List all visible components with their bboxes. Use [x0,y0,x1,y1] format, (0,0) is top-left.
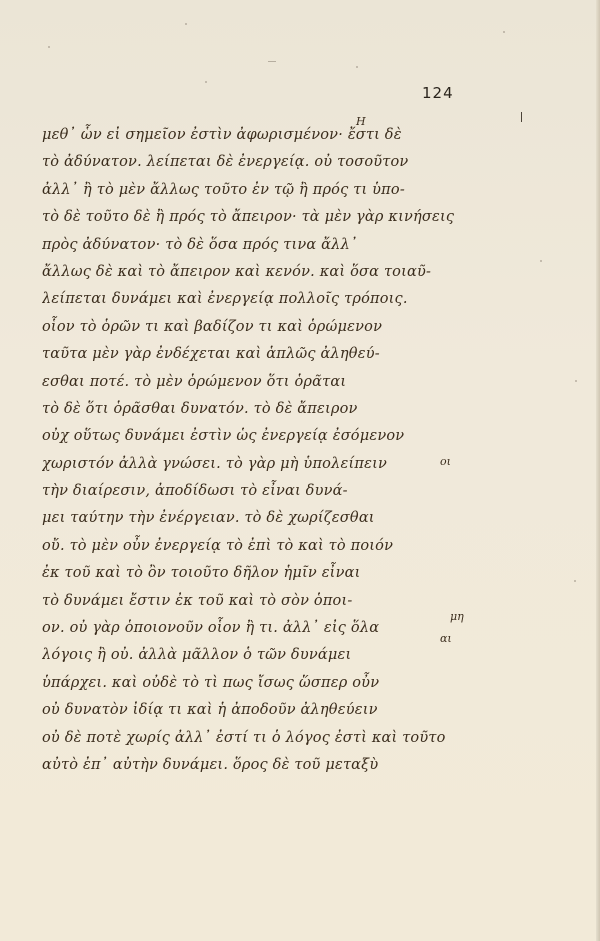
text-line: ταῦτα μὲν γὰρ ἐνδέχεται καὶ ἁπλῶς ἀληθεύ… [42,341,472,368]
text-line: ἀλλ᾽ ἢ τὸ μὲν ἄλλως τοῦτο ἐν τῷ ἢ πρός τ… [42,177,472,204]
paper-speck [575,380,577,382]
text-line: χωριστόν ἀλλὰ γνώσει. τὸ γὰρ μὴ ὑπολείπε… [42,451,472,478]
paper-speck [540,260,542,262]
paper-speck [574,580,576,582]
text-line: μεθ᾽ ὧν εἰ σημεῖον ἐστὶν ἀφωρισμένον· ἔσ… [42,122,472,149]
text-line: οὐ δὲ ποτὲ χωρίς ἀλλ᾽ ἐστί τι ὁ λόγος ἐσ… [42,725,472,752]
text-line: πρὸς ἀδύνατον· τὸ δὲ ὅσα πρός τινα ἄλλ᾽ [42,232,472,259]
manuscript-page: 124 Η οι μη αι μεθ᾽ ὧν εἰ σημεῖον ἐστὶν … [0,0,600,941]
text-line: ὑπάρχει. καὶ οὐδὲ τὸ τὶ πως ἴσως ὥσπερ ο… [42,670,472,697]
text-line: ἄλλως δὲ καὶ τὸ ἄπειρον καὶ κενόν. καὶ ὅ… [42,259,472,286]
margin-mark [521,112,522,122]
text-line: τὸ δυνάμει ἔστιν ἐκ τοῦ καὶ τὸ σὸν ὁποι- [42,588,472,615]
folio-number: 124 [422,84,454,102]
paper-speck [185,23,187,25]
text-line: τὸ ἀδύνατον. λείπεται δὲ ἐνεργείᾳ. οὐ το… [42,149,472,176]
text-line: τὸ δὲ ὅτι ὁρᾶσθαι δυνατόν. τὸ δὲ ἄπειρον [42,396,472,423]
manuscript-text: μεθ᾽ ὧν εἰ σημεῖον ἐστὶν ἀφωρισμένον· ἔσ… [42,122,472,779]
paper-speck [356,66,358,68]
text-line: οὐ δυνατὸν ἰδίᾳ τι καὶ ἡ ἀποδοῦν ἀληθεύε… [42,697,472,724]
text-line: τὸ δὲ τοῦτο δὲ ἢ πρός τὸ ἄπειρον· τὰ μὲν… [42,204,472,231]
text-line: οὔ. τὸ μὲν οὖν ἐνεργείᾳ τὸ ἐπὶ τὸ καὶ τὸ… [42,533,472,560]
text-line: αὐτὸ ἐπ᾽ αὐτὴν δυνάμει. ὅρος δὲ τοῦ μετα… [42,752,472,779]
paper-speck [205,81,207,83]
text-line: λόγοις ἢ οὐ. ἀλλὰ μᾶλλον ὁ τῶν δυνάμει [42,642,472,669]
text-line: οἷον τὸ ὁρῶν τι καὶ βαδίζον τι καὶ ὁρώμε… [42,314,472,341]
text-line: εσθαι ποτέ. τὸ μὲν ὁρώμενον ὅτι ὁρᾶται [42,369,472,396]
text-line: ἐκ τοῦ καὶ τὸ ὂν τοιοῦτο δῆλον ἡμῖν εἶνα… [42,560,472,587]
paper-speck [48,46,50,48]
text-line: μει ταύτην τὴν ἐνέργειαν. τὸ δὲ χωρίζεσθ… [42,505,472,532]
page-edge [596,0,600,941]
paper-speck [503,31,505,33]
text-line: λείπεται δυνάμει καὶ ἐνεργείᾳ πολλοῖς τρ… [42,286,472,313]
text-line: οὐχ οὕτως δυνάμει ἐστὶν ὡς ἐνεργείᾳ ἐσόμ… [42,423,472,450]
text-line: ον. οὐ γὰρ ὁποιονοῦν οἷον ἢ τι. ἀλλ᾽ εἰς… [42,615,472,642]
paper-speck [268,61,276,62]
text-line: τὴν διαίρεσιν, ἀποδίδωσι τὸ εἶναι δυνά- [42,478,472,505]
